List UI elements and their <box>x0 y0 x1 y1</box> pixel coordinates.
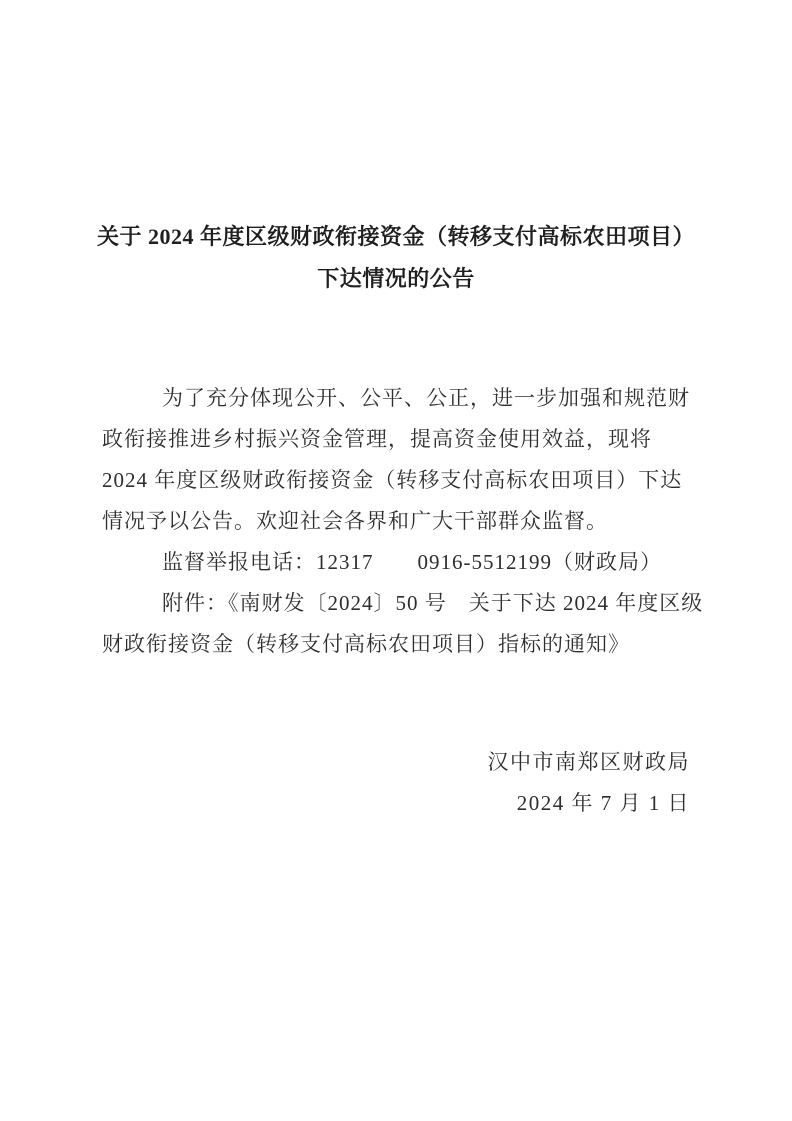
attachment-line-1: 附件：《南财发〔2024〕50 号 关于下达 2024 年度区级 <box>102 583 702 624</box>
document-title: 关于 2024 年度区级财政衔接资金（转移支付高标农田项目） 下达情况的公告 <box>0 216 792 300</box>
paragraph-line-1: 为了充分体现公开、公平、公正，进一步加强和规范财 <box>102 378 702 419</box>
signature-date: 2024 年 7 月 1 日 <box>488 783 691 824</box>
attachment-line-2: 财政衔接资金（转移支付高标农田项目）指标的通知》 <box>102 624 702 665</box>
hotline-line: 监督举报电话：12317 0916-5512199（财政局） <box>102 542 702 583</box>
signature-block: 汉中市南郑区财政局 2024 年 7 月 1 日 <box>488 742 691 824</box>
signature-org: 汉中市南郑区财政局 <box>488 742 691 783</box>
document-body: 为了充分体现公开、公平、公正，进一步加强和规范财 政衔接推进乡村振兴资金管理，提… <box>102 378 702 665</box>
document-page: 关于 2024 年度区级财政衔接资金（转移支付高标农田项目） 下达情况的公告 为… <box>0 0 792 1121</box>
paragraph-line-4: 情况予以公告。欢迎社会各界和广大干部群众监督。 <box>102 501 702 542</box>
paragraph-line-2: 政衔接推进乡村振兴资金管理，提高资金使用效益，现将 <box>102 419 702 460</box>
paragraph-line-3: 2024 年度区级财政衔接资金（转移支付高标农田项目）下达 <box>102 460 702 501</box>
title-line-2: 下达情况的公告 <box>0 258 792 300</box>
title-line-1: 关于 2024 年度区级财政衔接资金（转移支付高标农田项目） <box>0 216 792 258</box>
